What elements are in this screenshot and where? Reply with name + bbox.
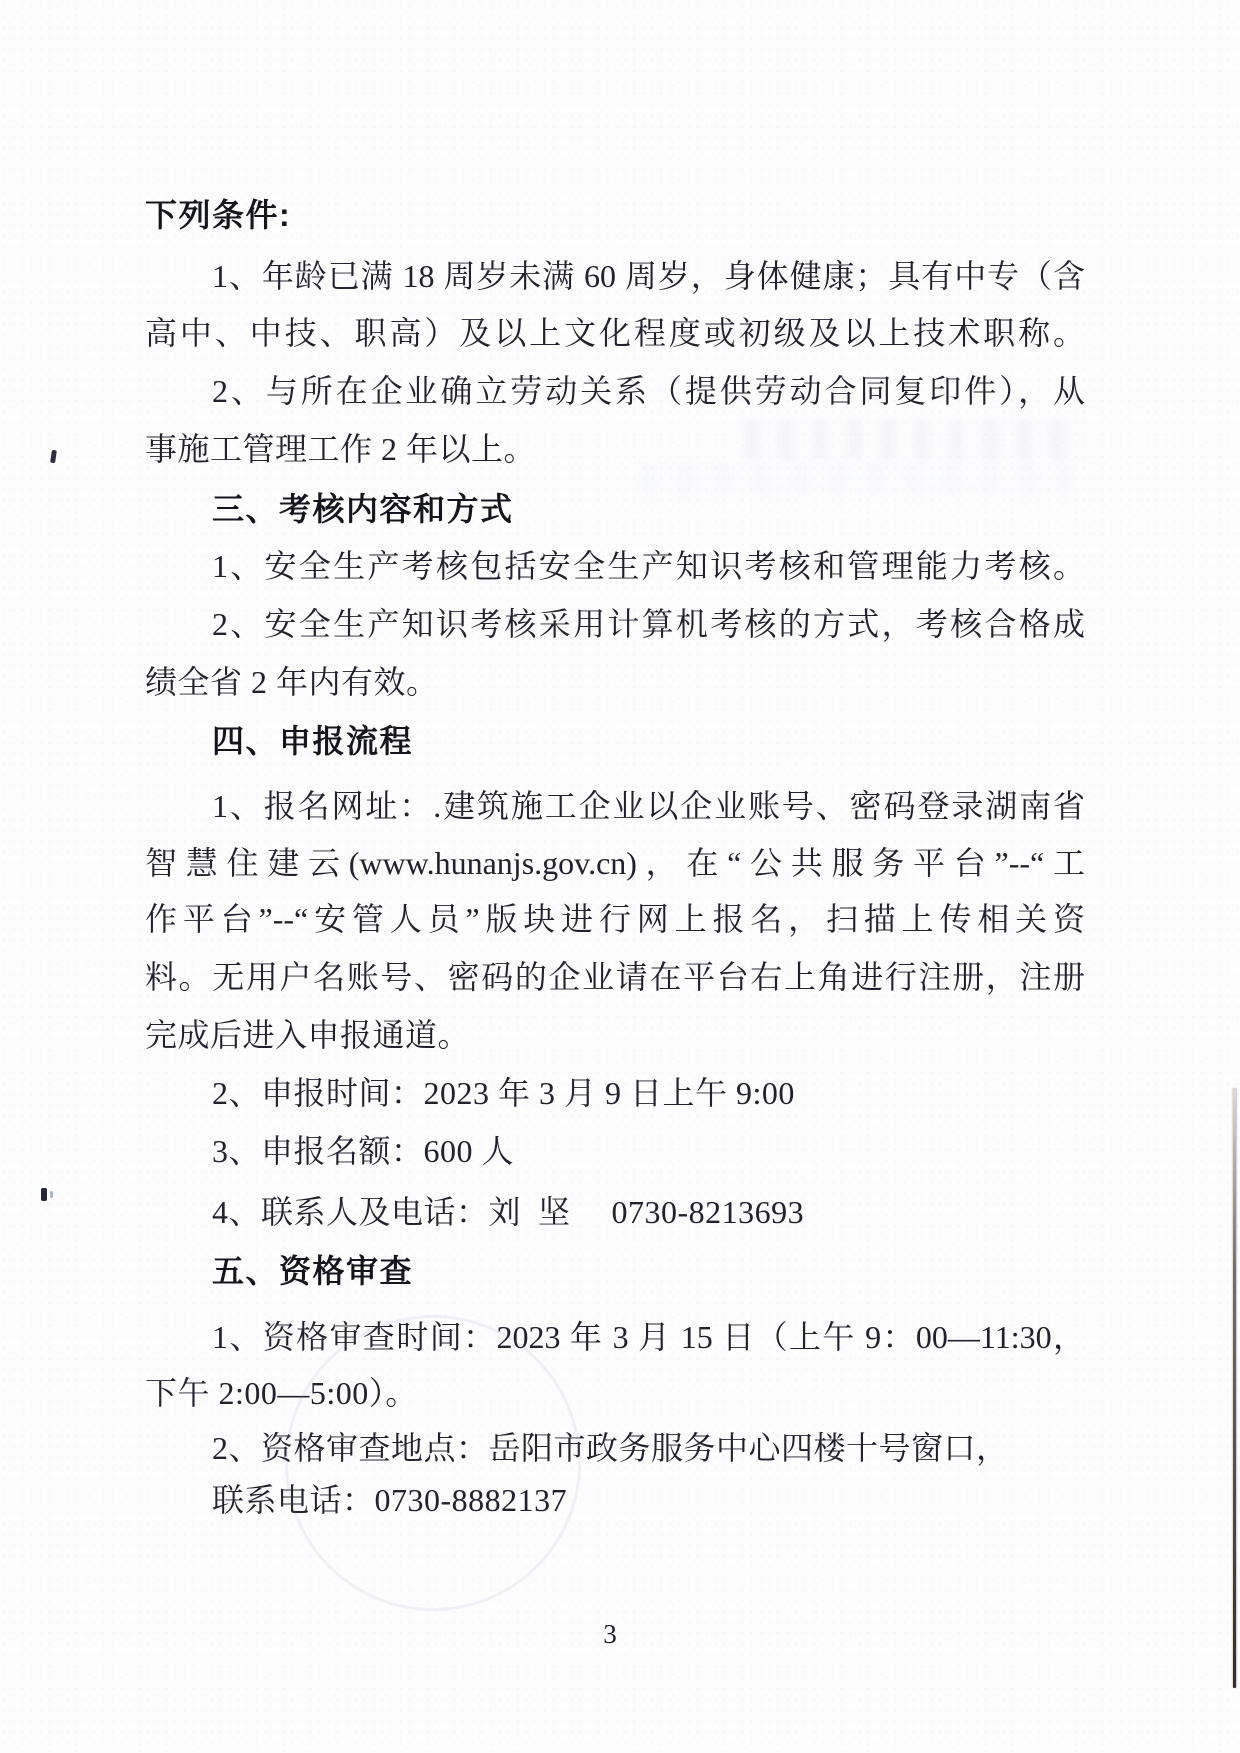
- doc-line: 4、联系人及电话：刘 坚 0730-8213693: [145, 1183, 1085, 1241]
- doc-line: 高中、中技、职高）及以上文化程度或初级及以上技术职称。: [145, 304, 1085, 362]
- doc-line: 完成后进入申报通道。: [145, 1006, 1085, 1064]
- scan-speck: [50, 450, 57, 464]
- doc-line: 2、与所在企业确立劳动关系（提供劳动合同复印件），从: [145, 362, 1085, 420]
- doc-line: 事施工管理工作 2 年以上。: [145, 420, 1085, 478]
- section-heading-5: 五、资格审查: [145, 1242, 1085, 1300]
- scanned-document-page: { "document": { "page_number": "3", "lin…: [0, 0, 1240, 1753]
- doc-line: 1、资格审查时间：2023 年 3 月 15 日（上午 9：00—11:30，: [145, 1308, 1085, 1366]
- scan-speck: [41, 1188, 47, 1201]
- doc-line: 3、申报名额：600 人: [145, 1122, 1085, 1180]
- doc-line: 1、报名网址：.建筑施工企业以企业账号、密码登录湖南省: [145, 777, 1085, 835]
- page-number: 3: [0, 1616, 1220, 1652]
- doc-line: 绩全省 2 年内有效。: [145, 653, 1085, 711]
- lead-in-line: 下列条件:: [145, 186, 1085, 244]
- doc-line: 智慧住建云(www.hunanjs.gov.cn)，在“公共服务平台”--“工: [145, 834, 1085, 892]
- doc-line: 2、资格审查地点：岳阳市政务服务中心四楼十号窗口，: [145, 1419, 1085, 1477]
- scan-speck: [50, 1191, 53, 1198]
- scan-edge-line: [1233, 1088, 1236, 1688]
- doc-line: 料。无用户名账号、密码的企业请在平台右上角进行注册，注册: [145, 948, 1085, 1006]
- doc-line: 作平台”--“安管人员”版块进行网上报名，扫描上传相关资: [145, 890, 1085, 948]
- section-heading-3: 三、考核内容和方式: [145, 480, 1085, 538]
- doc-line: 1、安全生产考核包括安全生产知识考核和管理能力考核。: [145, 537, 1085, 595]
- doc-line: 下午 2:00—5:00）。: [145, 1364, 1085, 1422]
- section-heading-4: 四、申报流程: [145, 712, 1085, 770]
- doc-line: 2、申报时间：2023 年 3 月 9 日上午 9:00: [145, 1064, 1085, 1122]
- doc-line: 联系电话：0730-8882137: [145, 1471, 1085, 1529]
- doc-line: 2、安全生产知识考核采用计算机考核的方式，考核合格成: [145, 595, 1085, 653]
- doc-line: 1、年龄已满 18 周岁未满 60 周岁，身体健康；具有中专（含: [145, 247, 1085, 305]
